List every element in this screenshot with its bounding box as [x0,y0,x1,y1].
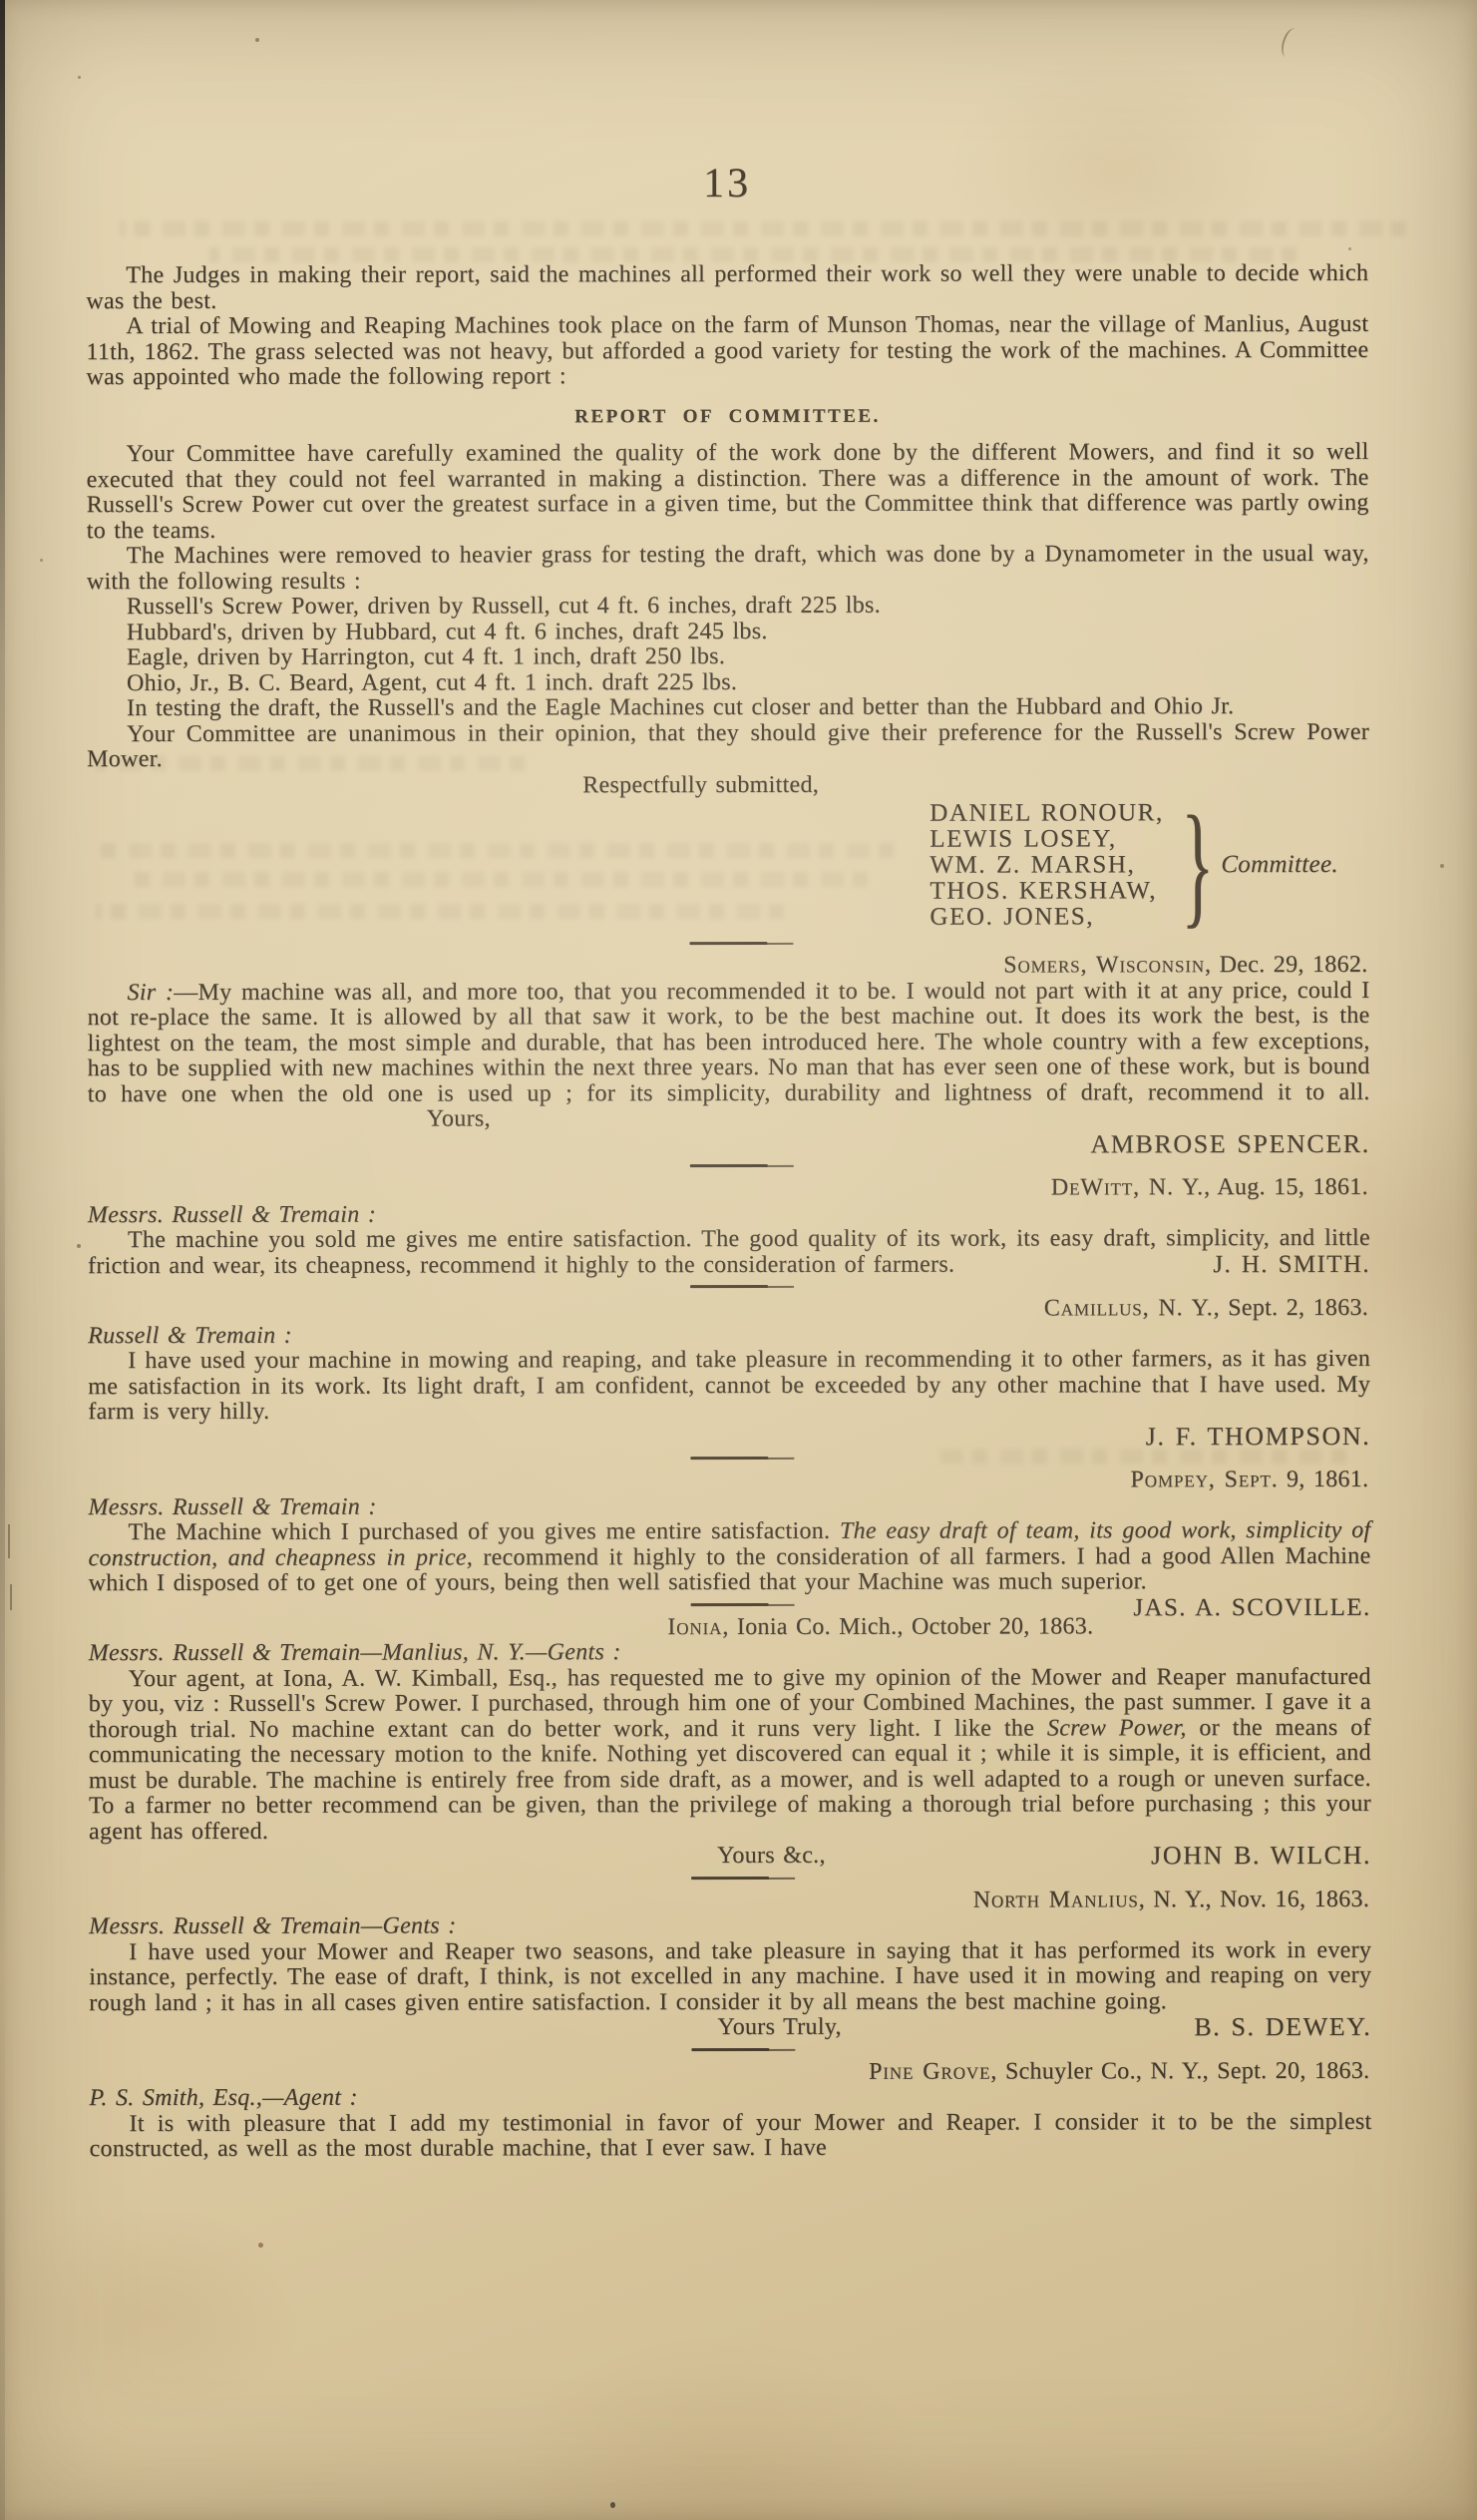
letter-closing: Yours &c., [717,1844,826,1870]
text-run: Pompey, Sept. [1131,1467,1279,1492]
text-run: I have used your machine in mowing and r… [88,1346,1370,1425]
trial-result-line: Eagle, driven by Harrington, cut 4 ft. 1… [87,643,1369,671]
section-divider [689,942,767,945]
report-body: Your Committee have carefully examined t… [87,440,1370,773]
section-divider [691,1602,769,1605]
text-run: Camillus, N. Y. [1044,1295,1214,1321]
letter-closing: Yours Truly, [717,2015,841,2041]
text-run: I have used your Mower and Reaper two se… [89,1936,1371,2015]
letter-signature: AMBROSE SPENCER. [88,1130,1370,1158]
letter-dateline: Somers, Wisconsin, Dec. 29, 1862. [87,953,1367,981]
letter-salutation: Messrs. Russell & Tremain : [88,1492,1370,1520]
letter-body: Your agent, at Iona, A. W. Kimball, Esq.… [89,1664,1371,1845]
letter-salutation: Russell & Tremain : [88,1321,1370,1349]
trial-result-line: Hubbard's, driven by Hubbard, cut 4 ft. … [87,618,1369,645]
letter-signature: J. H. SMITH. [1173,1251,1370,1277]
text-run: North Manlius [973,1887,1139,1912]
letter-body: I have used your machine in mowing and r… [88,1347,1370,1426]
committee-brace: } [1181,794,1215,934]
letter-body: I have used your Mower and Reaper two se… [89,1937,1371,2016]
committee-block: DANIEL RONOUR,LEWIS LOSEY,WM. Z. MARSH,T… [929,800,1369,935]
testimonial-letter: DeWitt, N. Y., Aug. 15, 1861.Messrs. Rus… [88,1175,1370,1279]
text-run: , Aug. 15, 1861. [1204,1174,1368,1200]
letter-dateline: North Manlius, N. Y., Nov. 16, 1863. [89,1887,1369,1914]
committee-member-name: GEO. JONES, [929,904,1369,931]
scanned-document-page: 13 The Judges in making their report, sa… [0,0,1477,2520]
letter-closing-row: Yours Truly,B. S. DEWEY. [89,2014,1371,2042]
letter-body: The Machine which I purchased of you giv… [88,1518,1370,1597]
testimonial-letter: Pompey, Sept. 9, 1861.Messrs. Russell & … [88,1468,1370,1597]
testimonial-letter: Pine Grove, Schuyler Co., N. Y., Sept. 2… [89,2058,1371,2162]
letter-salutation: Messrs. Russell & Tremain—Gents : [89,1912,1371,1940]
text-run: Pine Grove [869,2058,990,2084]
committee-member-name: LEWIS LOSEY, [929,826,1369,853]
letter-closing-row: Yours &c.,JOHN B. WILCH. [89,1843,1371,1871]
testimonial-letter: North Manlius, N. Y., Nov. 16, 1863.Mess… [89,1887,1371,2041]
letter-dateline: DeWitt, N. Y., Aug. 15, 1861. [88,1175,1368,1203]
trial-result-line: Russell's Screw Power, driven by Russell… [87,593,1369,621]
page-content: 13 The Judges in making their report, sa… [0,0,1477,2520]
section-divider [691,2047,769,2050]
submitted-line: Respectfully submitted, [87,771,1314,799]
committee-member-name: DANIEL RONOUR, [929,800,1369,827]
testimonial-letter: Somers, Wisconsin, Dec. 29, 1862.Sir :—M… [87,953,1369,1158]
section-divider [690,1285,768,1288]
page-number: 13 [86,159,1368,209]
letter-body: Sir :—My machine was all, and more too, … [88,978,1370,1132]
report-heading: REPORT OF COMMITTEE. [87,402,1369,430]
text-run: , Ionia Co. Mich., October 20, 1863. [722,1613,1093,1640]
text-run: It is with pleasure that I add my testim… [90,2108,1372,2162]
letters-section: Somers, Wisconsin, Dec. 29, 1862.Sir :—M… [87,941,1371,2163]
text-run: DeWitt, N. Y. [1051,1174,1204,1200]
testimonial-letter: Ionia, Ionia Co. Mich., October 20, 1863… [89,1613,1371,1870]
text-run: The Machine which I purchased of you giv… [128,1518,839,1545]
text-run: , Sept. 2, 1863. [1214,1295,1369,1321]
text-run: , N. Y., Nov. 16, 1863. [1139,1886,1369,1911]
intro-paragraph: A trial of Mowing and Reaping Machines t… [86,312,1368,391]
text-run: , Dec. 29, 1862. [1205,952,1367,978]
text-run: Screw Power, [1047,1715,1187,1741]
letter-salutation: P. S. Smith, Esq.,—Agent : [89,2084,1371,2112]
report-paragraph: In testing the draft, the Russell's and … [87,694,1369,722]
section-divider [690,1457,768,1460]
text-run: Sir : [128,979,175,1005]
trial-result-line: Ohio, Jr., B. C. Beard, Agent, cut 4 ft.… [87,668,1369,696]
section-divider [691,1876,769,1879]
text-run: Somers, Wisconsin [1003,952,1205,978]
committee-member-name: THOS. KERSHAW, [929,878,1369,905]
intro-paragraph: The Judges in making their report, said … [86,261,1368,314]
letter-closing: Yours, [387,1106,491,1132]
testimonial-letter: Camillus, N. Y., Sept. 2, 1863.Russell &… [88,1296,1370,1451]
intro-section: The Judges in making their report, said … [86,261,1368,391]
text-run: Ionia [667,1614,722,1640]
letter-signature: B. S. DEWEY. [1194,2014,1371,2040]
text-run: 9, 1861. [1279,1467,1369,1492]
letter-dateline: Pine Grove, Schuyler Co., N. Y., Sept. 2… [89,2058,1369,2086]
letter-dateline: Camillus, N. Y., Sept. 2, 1863. [88,1296,1368,1324]
letter-salutation: Messrs. Russell & Tremain : [88,1200,1370,1228]
committee-label: Committee. [1221,852,1338,878]
letter-dateline: Pompey, Sept. 9, 1861. [88,1468,1368,1495]
letter-salutation: Messrs. Russell & Tremain—Manlius, N. Y.… [89,1639,1371,1667]
section-divider [690,1164,768,1167]
letter-signature: JAS. A. SCOVILLE. [1093,1594,1370,1620]
report-paragraph: Your Committee are unanimous in their op… [87,719,1369,772]
letter-body: It is with pleasure that I add my testim… [89,2109,1371,2162]
report-paragraph: Your Committee have carefully examined t… [87,440,1369,544]
letter-signature: JOHN B. WILCH. [1151,1843,1371,1869]
letter-signature: J. F. THOMPSON. [88,1423,1370,1451]
text-run: , Schuyler Co., N. Y., Sept. 20, 1863. [990,2057,1369,2084]
letter-body: The machine you sold me gives me entire … [88,1226,1370,1279]
report-paragraph: The Machines were removed to heavier gra… [87,542,1369,595]
text-run: —My machine was all, and more too, that … [88,977,1370,1106]
